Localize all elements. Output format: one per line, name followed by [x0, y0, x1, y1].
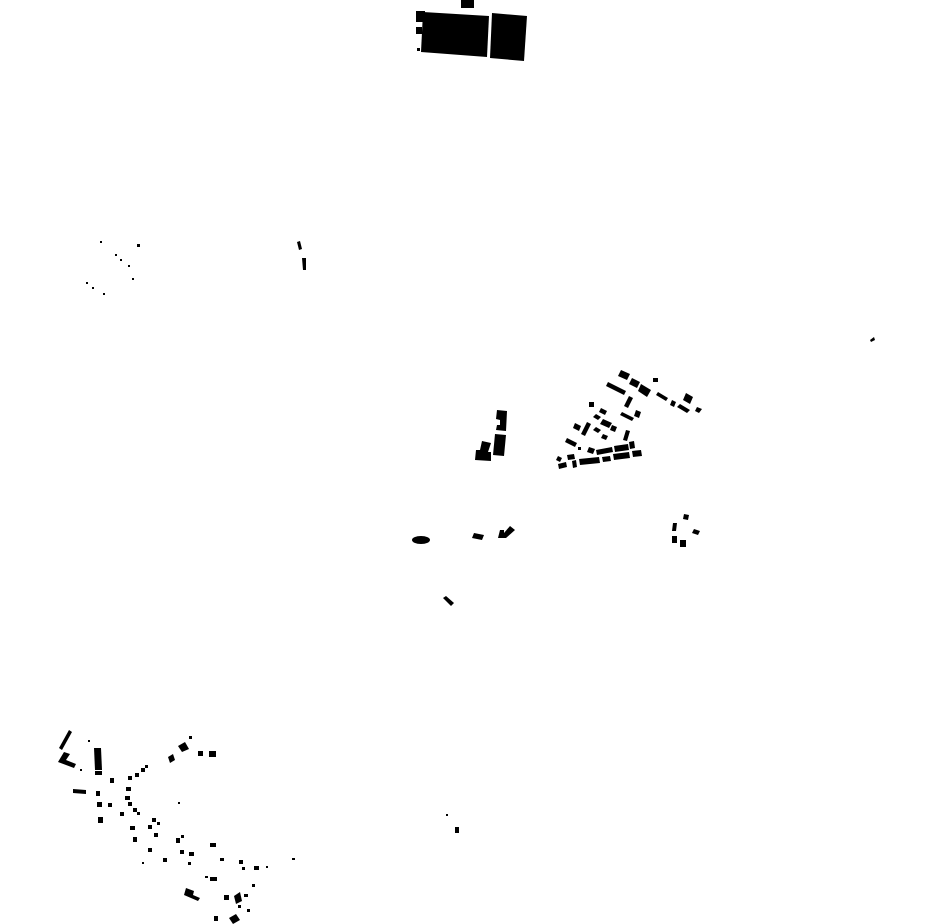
map-canvas: [0, 0, 930, 924]
central-l-building: [475, 410, 507, 461]
central-east-settlement: [556, 370, 702, 469]
central-south-single: [443, 596, 454, 606]
west-small-pair: [297, 241, 306, 270]
central-small-row: [412, 526, 515, 544]
building-footprint-map: [0, 0, 930, 924]
east-ring-group: [672, 514, 700, 547]
south-pair: [446, 814, 459, 833]
southwest-village: [58, 730, 295, 924]
north-large-buildings: [416, 0, 527, 61]
west-scattered-points: [86, 241, 140, 295]
east-isolated-dot: [870, 337, 875, 342]
